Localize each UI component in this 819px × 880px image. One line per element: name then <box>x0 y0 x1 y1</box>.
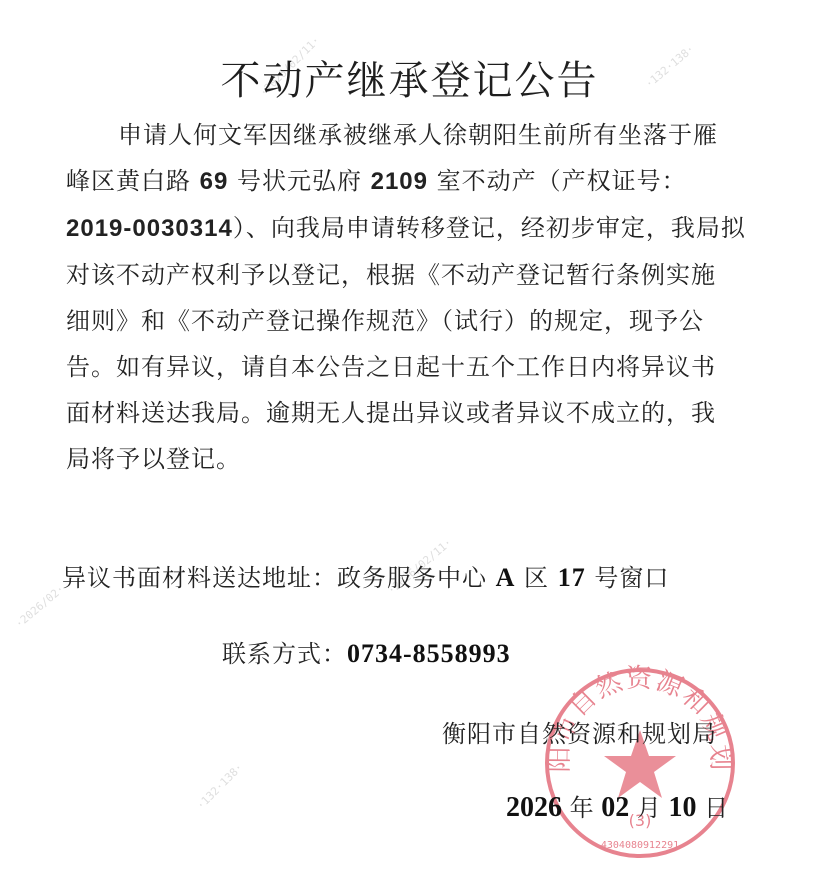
body-line: 对该不动产权利予以登记，根据《不动产登记暂行条例实施 <box>66 252 756 298</box>
body-line: 告。如有异议，请自本公告之日起十五个工作日内将异议书 <box>66 344 756 390</box>
address-text: 区 <box>515 564 557 592</box>
address-text: 号窗口 <box>586 564 670 592</box>
official-seal-icon: 衡阳市自然资源和规划局 (3) 4304080912291 <box>540 658 740 868</box>
body-line: 2019-0030314）、向我局申请转移登记，经初步审定，我局拟 <box>66 205 756 252</box>
issuing-authority: 衡阳市自然资源和规划局 <box>442 714 717 749</box>
house-number: 69 <box>200 168 229 195</box>
body-line: 细则》和《不动产登记操作规范》（试行）的规定，现予公 <box>66 298 756 344</box>
notice-body: 申请人何文军因继承被继承人徐朝阳生前所有坐落于雁 峰区黄白路 69 号状元弘府 … <box>66 112 756 482</box>
date-unit: 月 <box>629 794 668 822</box>
body-line: 峰区黄白路 69 号状元弘府 2109 室不动产（产权证号： <box>66 158 756 205</box>
date-month: 02 <box>601 792 629 823</box>
body-line: 面材料送达我局。逾期无人提出异议或者异议不成立的，我 <box>66 390 756 436</box>
room-number: 2109 <box>371 168 428 195</box>
contact-label: 联系方式： <box>222 640 347 668</box>
svg-text:4304080912291: 4304080912291 <box>601 840 679 851</box>
text-segment: ）、向我局申请转移登记，经初步审定，我局拟 <box>233 214 746 242</box>
text-segment: 室不动产（产权证号： <box>428 167 687 195</box>
address-text: 政务服务中心 <box>337 564 496 592</box>
watermark: ·132·138· <box>194 761 245 812</box>
issue-date: 2026 年 02 月 10 日 <box>506 788 728 824</box>
text-segment: 峰区黄白路 <box>66 167 200 195</box>
window-number: 17 <box>558 563 586 592</box>
objection-address: 异议书面材料送达地址：政务服务中心 A 区 17 号窗口 <box>62 558 669 593</box>
address-label: 异议书面材料送达地址： <box>62 564 337 592</box>
phone-number: 0734-8558993 <box>347 639 511 668</box>
page-title: 不动产继承登记公告 <box>0 49 819 106</box>
date-unit: 年 <box>562 794 601 822</box>
certificate-number: 2019-0030314 <box>66 215 233 242</box>
date-year: 2026 <box>506 792 562 823</box>
text-segment: 号状元弘府 <box>228 167 370 195</box>
contact-info: 联系方式：0734-8558993 <box>222 634 511 669</box>
date-unit: 日 <box>697 794 729 822</box>
body-line: 申请人何文军因继承被继承人徐朝阳生前所有坐落于雁 <box>66 112 756 158</box>
zone-letter: A <box>496 563 516 592</box>
date-day: 10 <box>669 792 697 823</box>
watermark: ·2026/02· <box>13 582 67 630</box>
body-line: 局将予以登记。 <box>66 436 756 482</box>
